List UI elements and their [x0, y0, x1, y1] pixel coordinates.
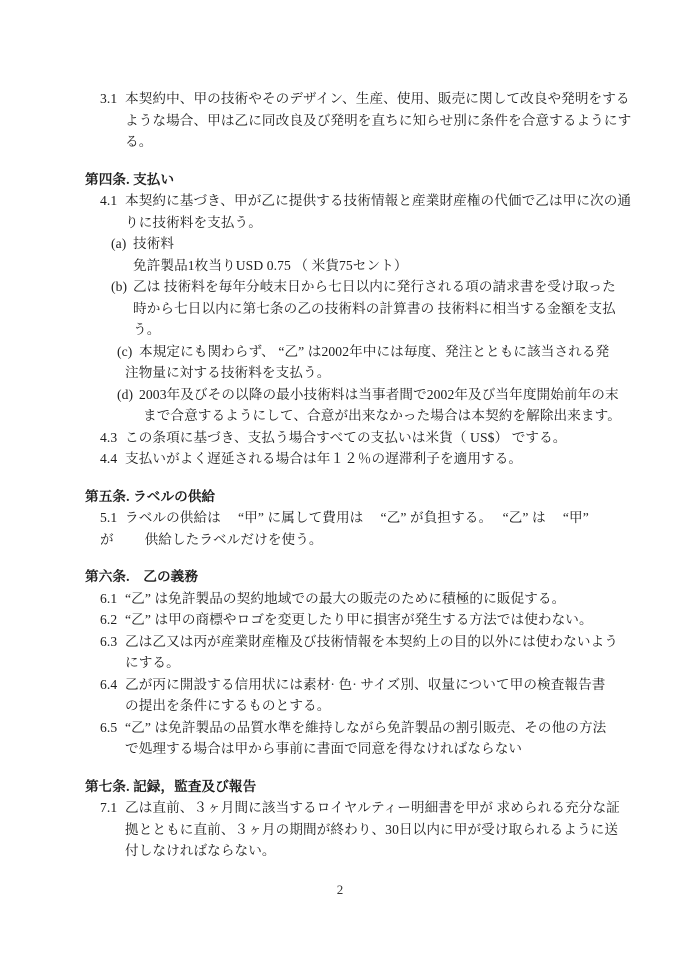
clause-number: 5.1 — [100, 507, 125, 529]
clause-number: 4.1 — [100, 190, 125, 212]
clause-4-1b-line-2: 時から七日以内に第七条の乙の技術料の計算書の 技術料に相当する金額を支払 — [85, 298, 600, 320]
clause-number: 6.5 — [100, 717, 125, 739]
clause-7-1-line-3: 付しなければならない。 — [85, 840, 600, 862]
clause-text: 乙は 技術料を毎年分岐末日から七日以内に発行される項の請求書を受け取った — [133, 279, 616, 294]
clause-4-1b-line-1: (b)乙は 技術料を毎年分岐末日から七日以内に発行される項の請求書を受け取った — [85, 276, 600, 298]
clause-6-4-line-2: の提出を条件にするものとする。 — [85, 695, 600, 717]
clause-number: 4.4 — [100, 448, 125, 470]
clause-7-1-line-2: 拠とともに直前、３ヶ月の期間が終わり、30日以内に甲が受け取られるように送 — [85, 819, 600, 841]
clause-text: “乙” は甲の商標やロゴを変更したり甲に損害が発生する方法では使わない。 — [125, 612, 593, 627]
clause-number: (c) — [117, 341, 139, 363]
clause-6-3-line-1: 6.3乙は乙又は丙が産業財産権及び技術情報を本契約上の目的以外には使わないよう — [85, 631, 600, 653]
clause-4-1c-line-2: 注物量に対する技術料を支払う。 — [85, 362, 600, 384]
clause-text: 乙は乙又は丙が産業財産権及び技術情報を本契約上の目的以外には使わないよう — [125, 634, 618, 649]
clause-text: 乙が丙に開設する信用状には素材· 色· サイズ別、収量について甲の検査報告書 — [125, 677, 605, 692]
contract-body: 3.1本契約中、甲の技術やそのデザイン、生産、使用、販売に関して改良や発明をする… — [85, 88, 600, 862]
clause-number: (d) — [117, 384, 139, 406]
document-page: 3.1本契約中、甲の技術やそのデザイン、生産、使用、販売に関して改良や発明をする… — [0, 0, 680, 962]
clause-text: 支払いがよく遅延される場合は年１２％の遅滞利子を適用する。 — [125, 451, 522, 466]
page-number: 2 — [337, 882, 344, 897]
clause-text: ラベルの供給は “甲” に属して費用は “乙” が負担する。 “乙” は “甲” — [125, 510, 589, 525]
clause-4-1-line-1: 4.1本契約に基づき、甲が乙に提供する技術情報と産業財産権の代価で乙は甲に次の通 — [85, 190, 600, 212]
clause-text: 2003年及びその以降の最小技術料は当事者間で2002年及び当年度開始前年の末 — [139, 387, 619, 402]
clause-number: (a) — [111, 233, 133, 255]
clause-text: 本規定にも関わらず、 “乙” は2002年中には毎度、発注とともに該当される発 — [139, 344, 609, 359]
clause-text: “乙” は免許製品の契約地域での最大の販売のために積極的に販促する。 — [125, 591, 565, 606]
clause-text: 本契約に基づき、甲が乙に提供する技術情報と産業財産権の代価で乙は甲に次の通 — [125, 193, 631, 208]
clause-4-1a-line-1: (a)技術料 — [85, 233, 600, 255]
clause-5-1-line-1: 5.1ラベルの供給は “甲” に属して費用は “乙” が負担する。 “乙” は … — [85, 507, 600, 529]
clause-number: 3.1 — [100, 88, 125, 110]
clause-number: 6.1 — [100, 588, 125, 610]
clause-text: 技術料 — [133, 236, 174, 251]
clause-4-1b-line-3: う。 — [85, 319, 600, 341]
clause-4-3-line-1: 4.3この条項に基づき、支払う場合すべての支払いは米貨（ US$） でする。 — [85, 427, 600, 449]
clause-4-4-line-1: 4.4支払いがよく遅延される場合は年１２％の遅滞利子を適用する。 — [85, 448, 600, 470]
clause-5-1-line-2: が 供給したラベルだけを使う。 — [85, 529, 600, 551]
article-7-heading: 第七条. 記録，監査及び報告 — [85, 776, 600, 798]
clause-6-1-line-1: 6.1“乙” は免許製品の契約地域での最大の販売のために積極的に販促する。 — [85, 588, 600, 610]
clause-number: 4.3 — [100, 427, 125, 449]
clause-4-1d-line-2: まで合意するようにして、合意が出来なかった場合は本契約を解除出来ます。 — [85, 405, 600, 427]
clause-text: 乙は直前、３ヶ月間に該当するロイヤルティー明細書を甲が 求められる充分な証 — [125, 800, 620, 815]
clause-text: 本契約中、甲の技術やそのデザイン、生産、使用、販売に関して改良や発明をする — [125, 91, 630, 106]
page-footer: 2 — [0, 882, 680, 898]
clause-3-1-line-1: 3.1本契約中、甲の技術やそのデザイン、生産、使用、販売に関して改良や発明をする — [85, 88, 600, 110]
clause-3-1-line-2: ような場合、甲は乙に同改良及び発明を直ちに知らせ別に条件を合意するようにす — [85, 110, 600, 132]
clause-number: 6.3 — [100, 631, 125, 653]
clause-number: (b) — [111, 276, 133, 298]
clause-6-5-line-1: 6.5“乙” は免許製品の品質水準を維持しながら免許製品の割引販売、その他の方法 — [85, 717, 600, 739]
clause-6-2-line-1: 6.2“乙” は甲の商標やロゴを変更したり甲に損害が発生する方法では使わない。 — [85, 609, 600, 631]
article-4-heading: 第四条. 支払い — [85, 169, 600, 191]
clause-3-1-line-3: る。 — [85, 131, 600, 153]
clause-number: 6.4 — [100, 674, 125, 696]
clause-7-1-line-1: 7.1乙は直前、３ヶ月間に該当するロイヤルティー明細書を甲が 求められる充分な証 — [85, 797, 600, 819]
article-6-heading: 第六条. 乙の義務 — [85, 566, 600, 588]
clause-4-1d-line-1: (d)2003年及びその以降の最小技術料は当事者間で2002年及び当年度開始前年… — [85, 384, 600, 406]
clause-6-4-line-1: 6.4乙が丙に開設する信用状には素材· 色· サイズ別、収量について甲の検査報告… — [85, 674, 600, 696]
clause-number: 7.1 — [100, 797, 125, 819]
clause-6-3-line-2: にする。 — [85, 652, 600, 674]
clause-text: この条項に基づき、支払う場合すべての支払いは米貨（ US$） でする。 — [125, 430, 566, 445]
article-5-heading: 第五条. ラベルの供給 — [85, 486, 600, 508]
clause-4-1a-line-2: 免許製品1枚当りUSD 0.75 （ 米貨75セント） — [85, 255, 600, 277]
clause-text: “乙” は免許製品の品質水準を維持しながら免許製品の割引販売、その他の方法 — [125, 720, 606, 735]
clause-4-1c-line-1: (c)本規定にも関わらず、 “乙” は2002年中には毎度、発注とともに該当され… — [85, 341, 600, 363]
clause-number: 6.2 — [100, 609, 125, 631]
clause-6-5-line-2: で処理する場合は甲から事前に書面で同意を得なければならない — [85, 738, 600, 760]
clause-4-1-line-2: りに技術料を支払う。 — [85, 212, 600, 234]
